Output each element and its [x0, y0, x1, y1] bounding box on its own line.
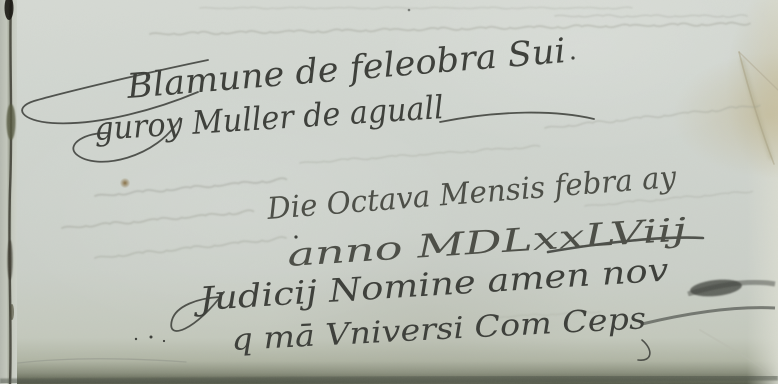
manuscript-page: Blamune de feleobra Sui guroy Muller de …	[0, 0, 778, 384]
manuscript-artwork: Blamune de feleobra Sui guroy Muller de …	[0, 0, 778, 384]
paper-grain-texture	[0, 0, 778, 384]
